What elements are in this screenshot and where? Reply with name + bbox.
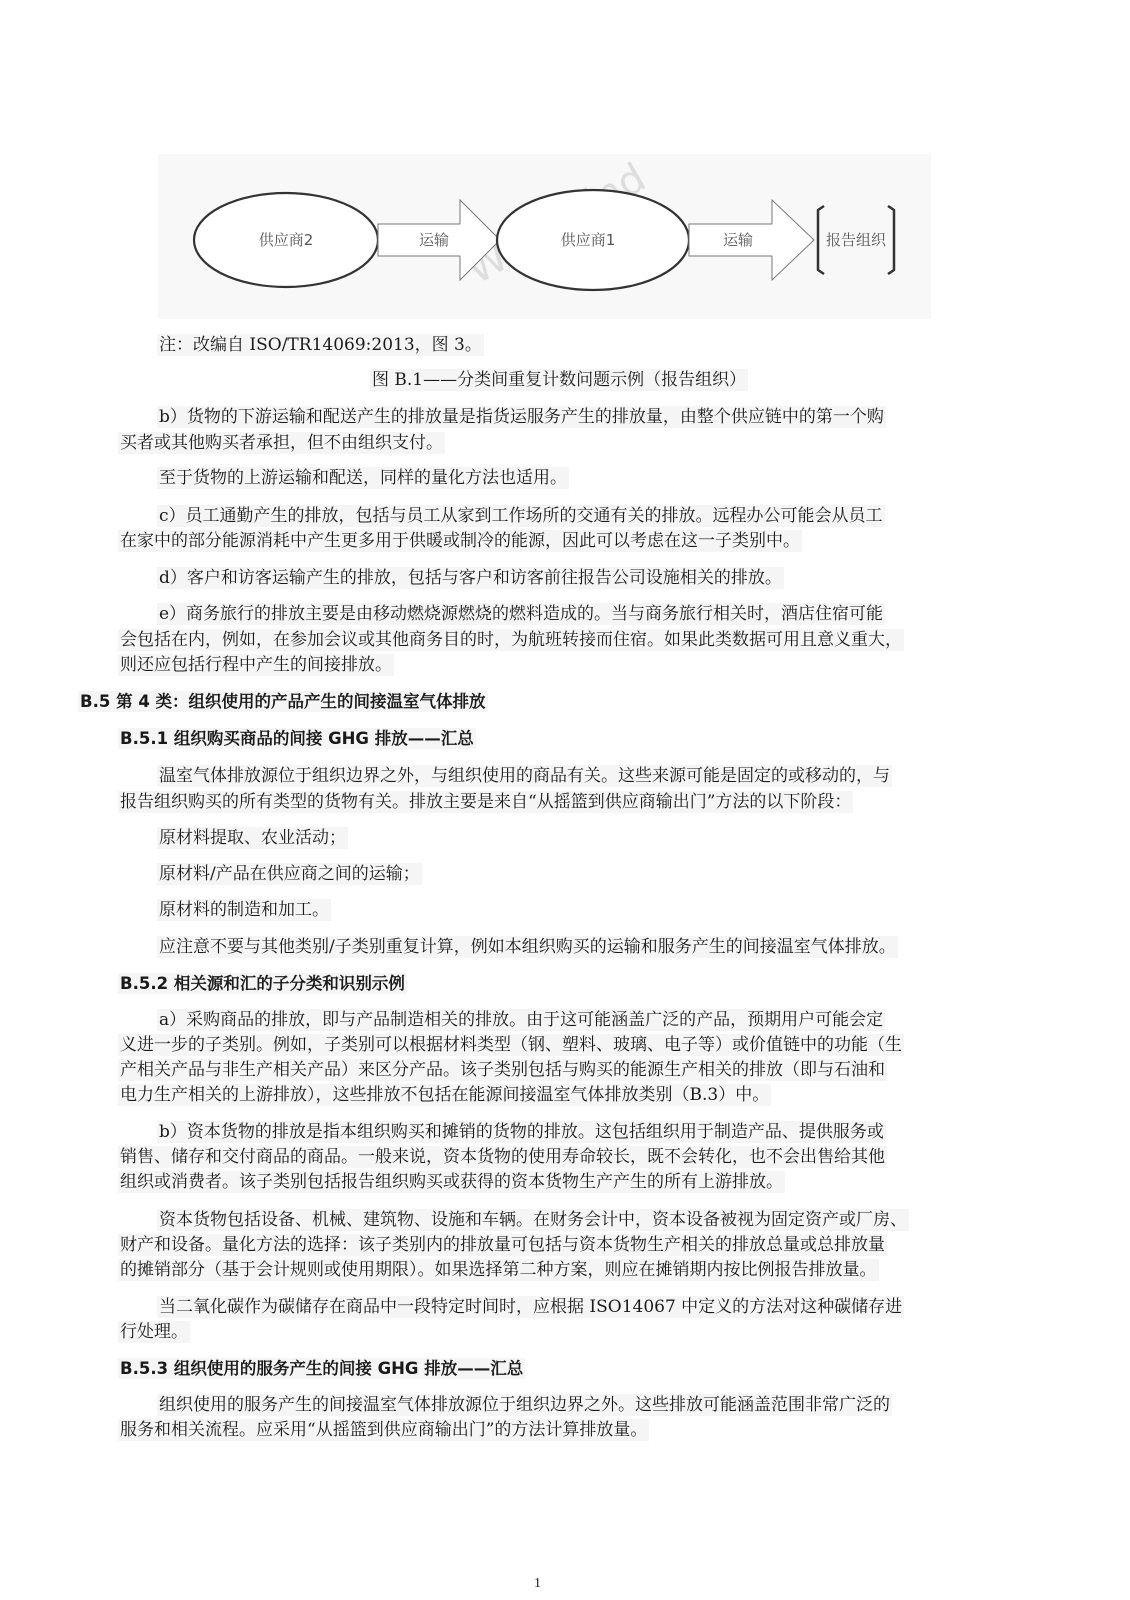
b52-a-line-3: 产相关产品与非生产相关产品）来区分产品。该子类别包括与购买的能源生产相关的排放（… [118, 1059, 887, 1081]
node-supplier-2-label: 供应商2 [259, 231, 314, 249]
b52-co2-line-2: 行处理。 [118, 1321, 190, 1343]
subsection-heading-b52: B.5.2 相关源和汇的子分类和识别示例 [118, 973, 407, 994]
paragraph-e-line-3: 则还应包括行程中产生的间接排放。 [118, 654, 394, 676]
b51-list-item: 原材料的制造和加工。 [157, 899, 331, 921]
b52-co2-line-1: 当二氧化碳作为碳储存在商品中一段特定时间时，应根据 ISO14067 中定义的方… [157, 1296, 904, 1318]
b52-b-line-2: 销售、储存和交付商品的商品。一般来说，资本货物的使用寿命较长，既不会转化，也不会… [118, 1146, 887, 1168]
b51-paragraph-line-1: 温室气体排放源位于组织边界之外，与组织使用的商品有关。这些来源可能是固定的或移动… [157, 765, 892, 787]
subsection-heading-b51: B.5.1 组织购买商品的间接 GHG 排放——汇总 [118, 728, 476, 749]
arrow-transport-2-label: 运输 [723, 231, 753, 249]
figure-note: 注：改编自 ISO/TR14069:2013，图 3。 [157, 334, 484, 356]
b51-list-item: 原材料提取、农业活动； [157, 827, 348, 849]
b52-b-line-1: b）资本货物的排放是指本组织购买和摊销的货物的排放。这包括组织用于制造产品、提供… [157, 1121, 886, 1143]
b51-list-item: 原材料/产品在供应商之间的运输； [157, 863, 422, 885]
paragraph-c-line-1: c）员工通勤产生的排放，包括与员工从家到工作场所的交通有关的排放。远程办公可能会… [157, 505, 885, 527]
b52-a-line-4: 电力生产相关的上游排放），这些排放不包括在能源间接温室气体排放类别（B.3）中。 [118, 1084, 771, 1106]
paragraph-e-line-1: e）商务旅行的排放主要是由移动燃烧源燃烧的燃料造成的。当与商务旅行相关时，酒店住… [157, 603, 885, 625]
b51-caution-paragraph: 应注意不要与其他类别/子类别重复计算，例如本组织购买的运输和服务产生的间接温室气… [157, 936, 898, 958]
section-heading-b5: B.5 第 4 类：组织使用的产品产生的间接温室气体排放 [78, 691, 488, 712]
right-bracket-icon [888, 206, 894, 274]
b52-a-line-1: a）采购商品的排放，即与产品制造相关的排放。由于这可能涵盖广泛的产品，预期用户可… [157, 1009, 885, 1031]
b53-paragraph-line-2: 服务和相关流程。应采用“从摇篮到供应商输出门”的方法计算排放量。 [118, 1419, 649, 1441]
flow-diagram: WPS Mind 供应商2 运输 供应商1 运输 报告组织 [158, 154, 931, 319]
b52-capital-line-3: 的摊销部分（基于会计规则或使用期限）。如果选择第二种方案，则应在摊销期内按比例报… [118, 1259, 879, 1281]
paragraph-b-line-2: 买者或其他购买者承担，但不由组织支付。 [118, 432, 445, 454]
node-reporting-org-label: 报告组织 [826, 231, 887, 249]
b52-capital-line-1: 资本货物包括设备、机械、建筑物、设施和车辆。在财务会计中，资本设备被视为固定资产… [157, 1209, 909, 1231]
page-number: 1 [534, 1576, 541, 1592]
subsection-heading-b53: B.5.3 组织使用的服务产生的间接 GHG 排放——汇总 [118, 1358, 525, 1379]
figure-double-counting-diagram: WPS Mind 供应商2 运输 供应商1 运输 报告组织 [158, 154, 931, 319]
left-bracket-icon [818, 206, 824, 274]
b53-paragraph-line-1: 组织使用的服务产生的间接温室气体排放源位于组织边界之外。这些排放可能涵盖范围非常… [157, 1394, 892, 1416]
b51-paragraph-line-2: 报告组织购买的所有类型的货物有关。排放主要是来自“从摇篮到供应商输出门”方法的以… [118, 791, 853, 813]
paragraph-d: d）客户和访客运输产生的排放，包括与客户和访客前往报告公司设施相关的排放。 [157, 567, 784, 589]
paragraph-b-line-1: b）货物的下游运输和配送产生的排放量是指货运服务产生的排放量，由整个供应链中的第… [157, 406, 886, 428]
paragraph-upstream: 至于货物的上游运输和配送，同样的量化方法也适用。 [157, 467, 569, 489]
paragraph-e-line-2: 会包括在内，例如，在参加会议或其他商务目的时，为航班转接而住宿。如果此类数据可用… [118, 629, 904, 651]
b52-capital-line-2: 财产和设备。量化方法的选择：该子类别内的排放量可包括与资本货物生产相关的排放总量… [118, 1234, 887, 1256]
b52-b-line-3: 组织或消费者。该子类别包括报告组织购买或获得的资本货物生产产生的所有上游排放。 [118, 1171, 785, 1193]
figure-caption: 图 B.1——分类间重复计数问题示例（报告组织） [370, 369, 748, 391]
arrow-transport-1-label: 运输 [419, 231, 449, 249]
b52-a-line-2: 义进一步的子类别。例如，子类别可以根据材料类型（钢、塑料、玻璃、电子等）或价值链… [118, 1034, 904, 1056]
node-supplier-1-label: 供应商1 [561, 231, 616, 249]
paragraph-c-line-2: 在家中的部分能源消耗中产生更多用于供暖或制冷的能源，因此可以考虑在这一子类别中。 [118, 530, 802, 552]
